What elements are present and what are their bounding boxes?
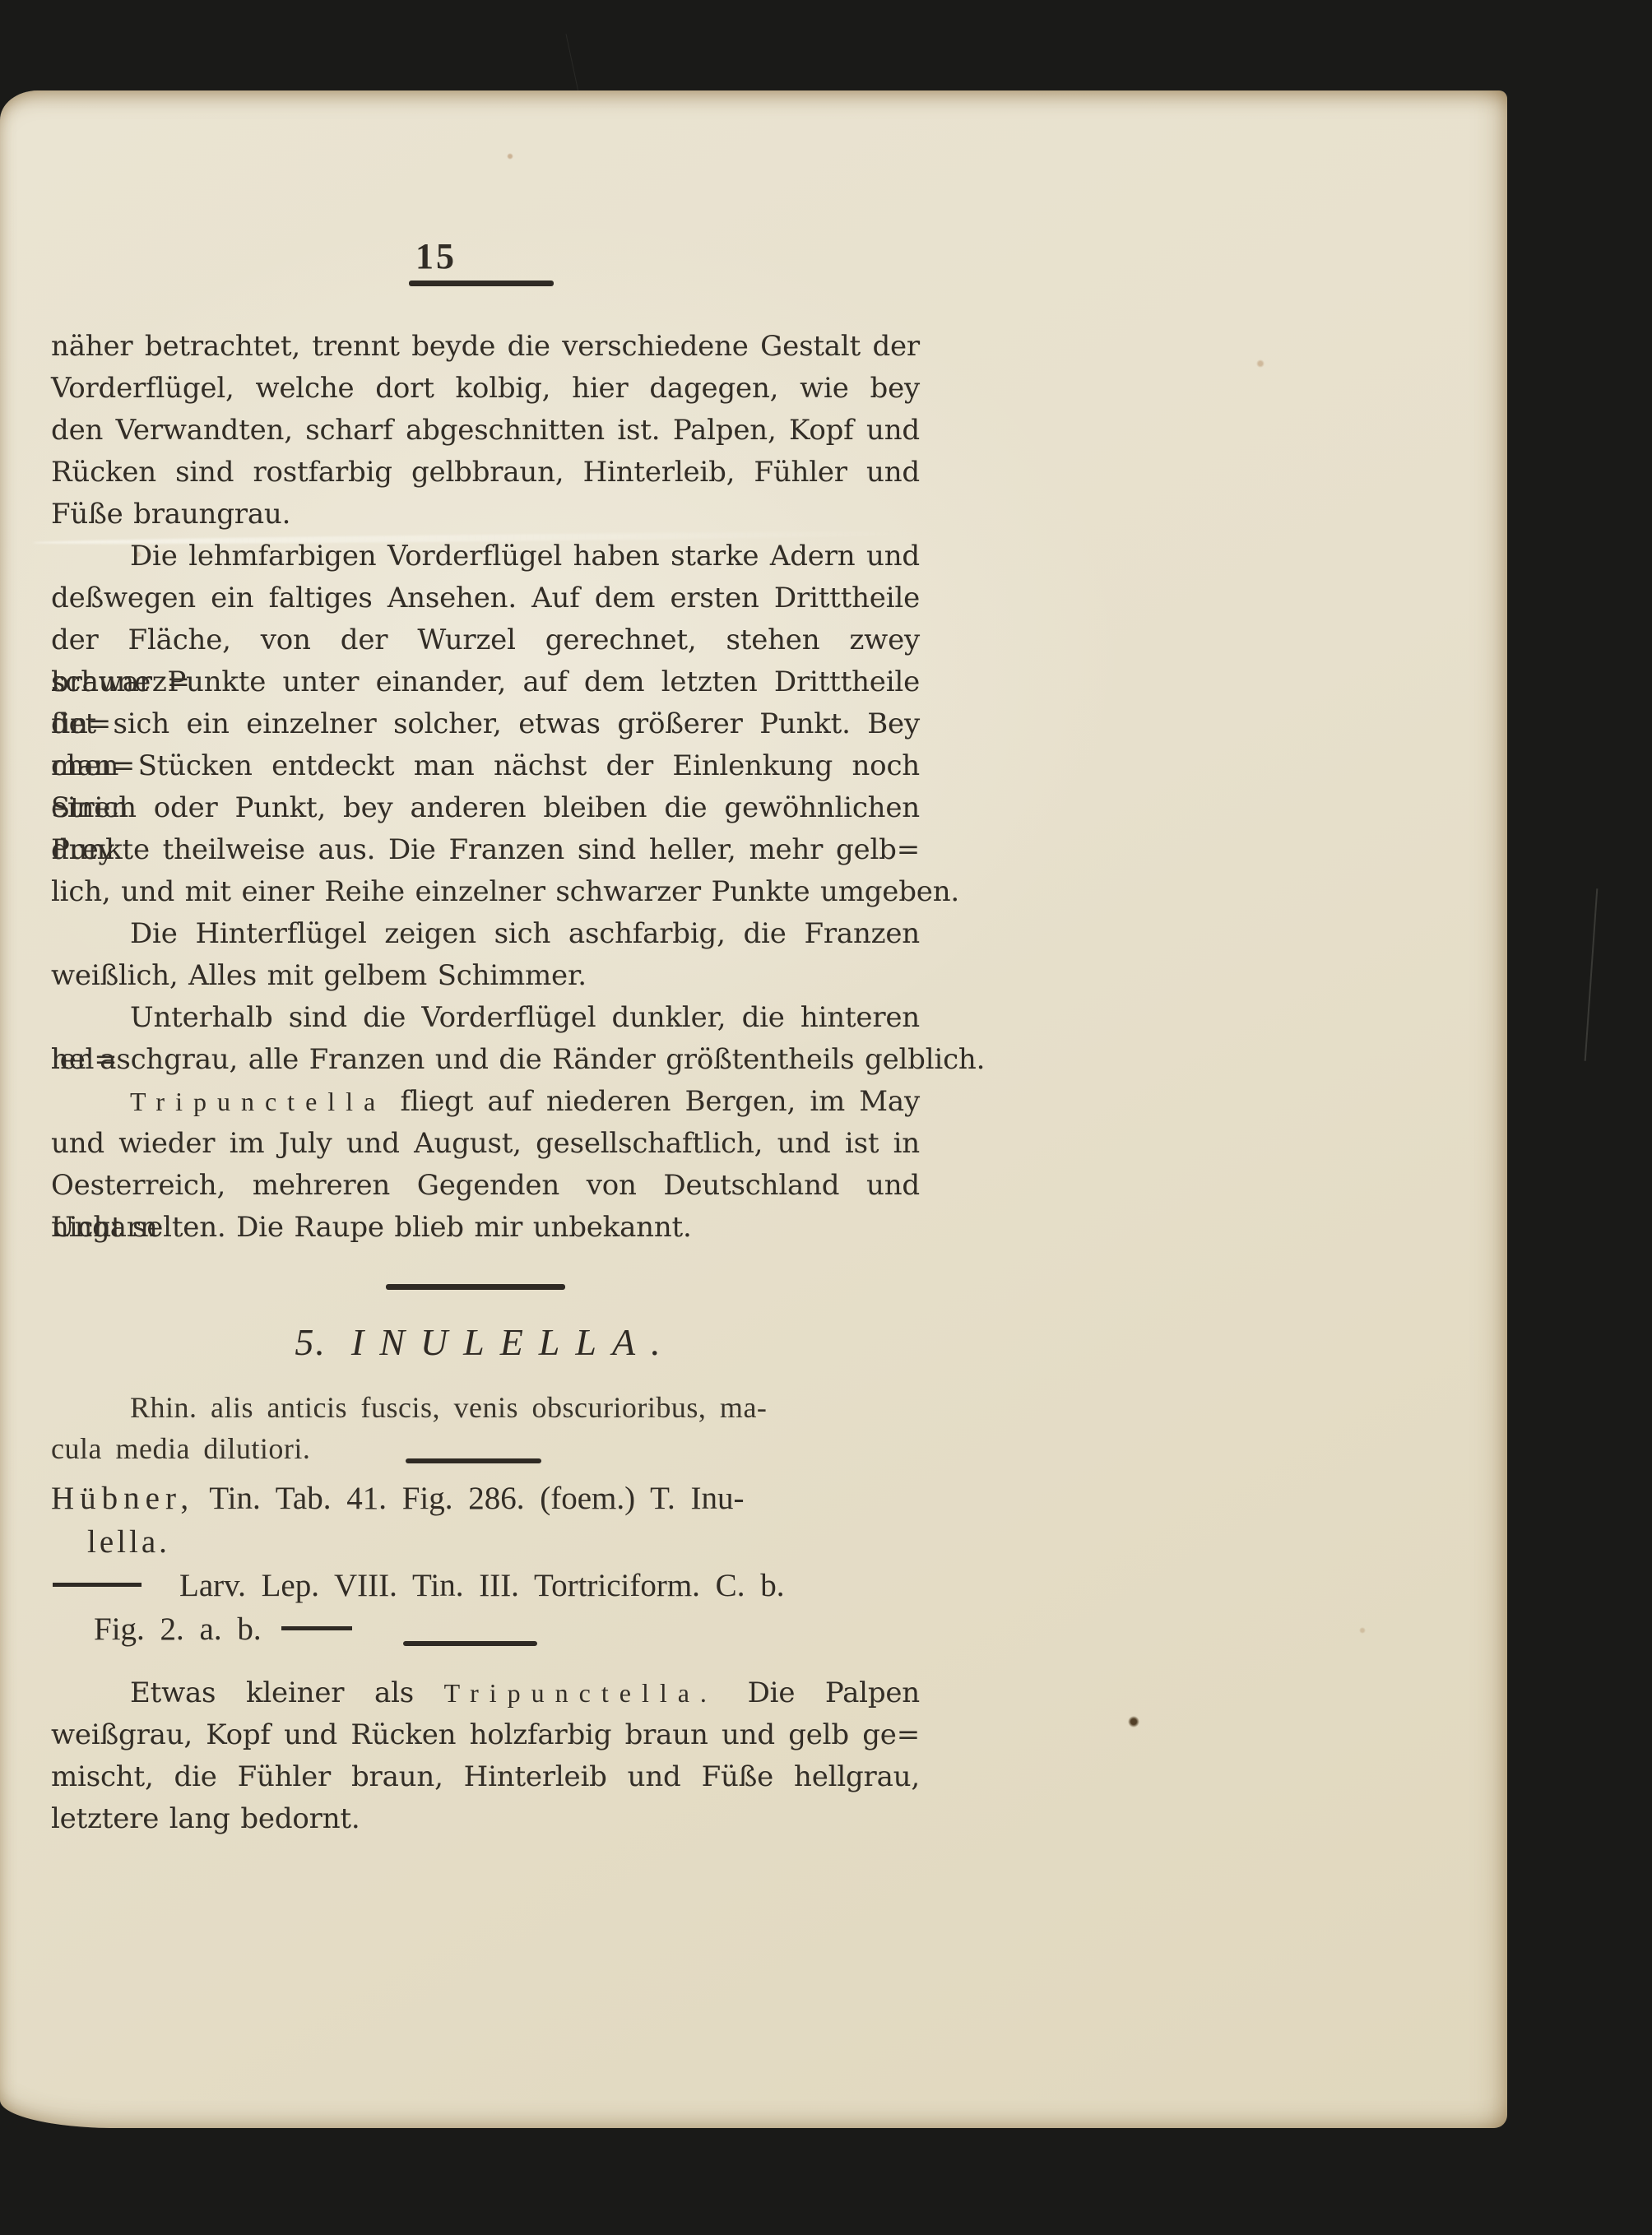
reference-text: Tin. Tab. 41. Fig. 286. (foem.) T. Inu-	[194, 1481, 744, 1516]
text-line: Oesterreich, mehreren Gegenden von Deuts…	[51, 1165, 920, 1207]
page-paper: 15 näher betrachtet, trennt beyde die ve…	[0, 90, 1507, 2128]
text-line-rest: fliegt auf niederen Bergen, im May	[386, 1085, 920, 1118]
text-line: der Fläche, von der Wurzel gerechnet, st…	[51, 619, 920, 661]
species-name: Tripunctella.	[444, 1678, 717, 1708]
page-number-rule	[409, 281, 554, 286]
text-line: ler aschgrau, alle Franzen und die Rände…	[51, 1039, 920, 1081]
diagnosis-divider	[406, 1458, 541, 1463]
latin-diagnosis: Rhin. alis anticis fuscis, venis obscuri…	[51, 1387, 956, 1469]
section-number: 5.	[295, 1321, 327, 1363]
section-divider	[386, 1284, 565, 1290]
reference-line: Larv. Lep. VIII. Tin. III. Tortriciform.…	[51, 1564, 997, 1607]
ditto-dash	[53, 1583, 142, 1587]
text-line: Füße braungrau.	[51, 494, 920, 536]
text-line: Strich oder Punkt, bey anderen bleiben d…	[51, 787, 920, 829]
end-dash	[281, 1626, 352, 1630]
text-line: weißgrau, Kopf und Rücken holzfarbig bra…	[51, 1714, 920, 1756]
text-line: Rücken sind rostfarbig gelbbraun, Hinter…	[51, 452, 920, 494]
text-line: letztere lang bedornt.	[51, 1798, 920, 1840]
text-line: deßwegen ein faltiges Ansehen. Auf dem e…	[51, 577, 920, 619]
diagnosis-line: Rhin. alis anticis fuscis, venis obscuri…	[51, 1387, 956, 1428]
text-line-rest: Die Palpen	[717, 1676, 920, 1709]
text-line: näher betrachtet, trennt beyde die versc…	[51, 326, 920, 368]
page-header: 15	[409, 235, 554, 286]
text-line: chen Stücken entdeckt man nächst der Ein…	[51, 745, 920, 787]
text-line-lead: Etwas kleiner als	[130, 1676, 444, 1709]
reference-text: Fig. 2. a. b.	[94, 1611, 262, 1647]
main-text-column: näher betrachtet, trennt beyde die versc…	[51, 326, 920, 1249]
text-line: mischt, die Fühler braun, Hinterleib und…	[51, 1756, 920, 1798]
text-line: Punkte theilweise aus. Die Franzen sind …	[51, 829, 920, 871]
text-line: Die lehmfarbigen Vorderflügel haben star…	[51, 536, 920, 577]
page-number: 15	[409, 235, 554, 277]
reference-line: lella.	[51, 1520, 997, 1564]
reference-list: Hübner, Tin. Tab. 41. Fig. 286. (foem.) …	[51, 1477, 997, 1651]
description-column: Etwas kleiner als Tripunctella. Die Palp…	[51, 1672, 920, 1840]
text-line: und wieder im July und August, gesellsch…	[51, 1123, 920, 1165]
text-line: nicht selten. Die Raupe blieb mir unbeka…	[51, 1207, 920, 1249]
text-line: Etwas kleiner als Tripunctella. Die Palp…	[51, 1672, 920, 1714]
section-title: INULELLA.	[351, 1321, 676, 1363]
reference-author: Hübner,	[51, 1481, 194, 1516]
reference-divider	[403, 1641, 537, 1646]
text-line: det sich ein einzelner solcher, etwas gr…	[51, 703, 920, 745]
book-page-scan: 15 näher betrachtet, trennt beyde die ve…	[0, 0, 1652, 2235]
text-line: den Verwandten, scharf abgeschnitten ist…	[51, 410, 920, 452]
text-line: Unterhalb sind die Vorderflügel dunkler,…	[51, 997, 920, 1039]
section-heading: 5.INULELLA.	[51, 1320, 920, 1364]
text-line: weißlich, Alles mit gelbem Schimmer.	[51, 955, 920, 997]
text-line: Die Hinterflügel zeigen sich aschfarbig,…	[51, 913, 920, 955]
text-line: braune Punkte unter einander, auf dem le…	[51, 661, 920, 703]
text-line: Tripunctella fliegt auf niederen Bergen,…	[51, 1081, 920, 1123]
text-line: lich, und mit einer Reihe einzelner schw…	[51, 871, 920, 913]
species-name: Tripunctella	[130, 1087, 386, 1116]
reference-text: Larv. Lep. VIII. Tin. III. Tortriciform.…	[179, 1568, 784, 1603]
reference-line: Hübner, Tin. Tab. 41. Fig. 286. (foem.) …	[51, 1477, 997, 1520]
scanner-scratch	[1585, 888, 1599, 1061]
text-line: Vorderflügel, welche dort kolbig, hier d…	[51, 368, 920, 410]
